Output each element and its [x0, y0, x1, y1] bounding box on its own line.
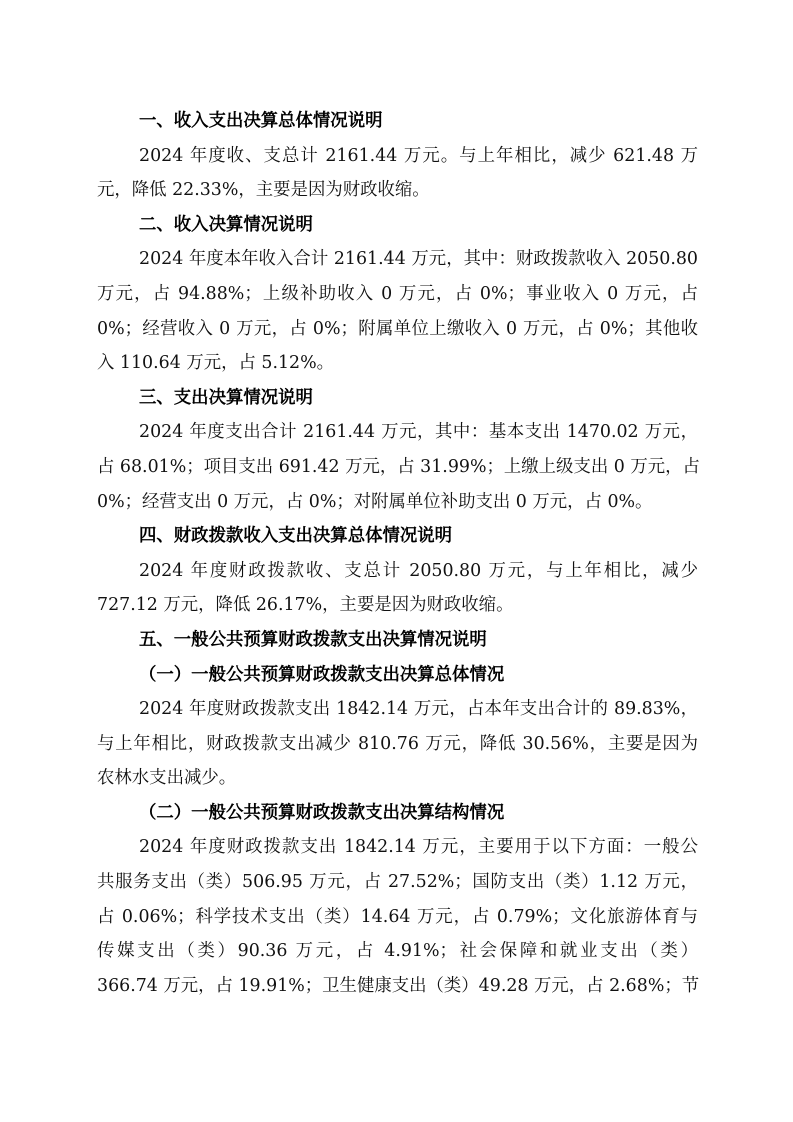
body-line: 共服务支出（类）506.95 万元，占 27.52%；国防支出（类）1.12 万…	[97, 865, 698, 900]
section-heading-4: 四、财政拨款收入支出决算总体情况说明	[97, 519, 698, 554]
section-heading-5: 五、一般公共预算财政拨款支出决算情况说明	[97, 623, 698, 658]
section-heading-2: 二、收入决算情况说明	[97, 208, 698, 243]
section-heading-1: 一、收入支出决算总体情况说明	[97, 104, 698, 139]
subsection-heading-5-1: （一）一般公共预算财政拨款支出决算总体情况	[97, 658, 698, 693]
section-body-1: 2024 年度收、支总计 2161.44 万元。与上年相比，减少 621.48 …	[97, 139, 698, 208]
section-heading-3: 三、支出决算情况说明	[97, 381, 698, 416]
body-line: 占 68.01%；项目支出 691.42 万元，占 31.99%；上缴上级支出 …	[97, 450, 698, 485]
body-line: 2024 年度财政拨款支出 1842.14 万元，占本年支出合计的 89.83%…	[97, 692, 698, 727]
body-line: 元，降低 22.33%，主要是因为财政收缩。	[97, 173, 698, 208]
body-line: 万元，占 94.88%；上级补助收入 0 万元，占 0%；事业收入 0 万元，占	[97, 277, 698, 312]
body-line: 传媒支出（类）90.36 万元，占 4.91%；社会保障和就业支出（类）	[97, 934, 698, 969]
document-page: 一、收入支出决算总体情况说明 2024 年度收、支总计 2161.44 万元。与…	[97, 104, 698, 1003]
body-line: 366.74 万元，占 19.91%；卫生健康支出（类）49.28 万元，占 2…	[97, 969, 698, 1004]
body-line: 2024 年度收、支总计 2161.44 万元。与上年相比，减少 621.48 …	[97, 139, 698, 174]
body-line: 2024 年度财政拨款支出 1842.14 万元，主要用于以下方面：一般公	[97, 830, 698, 865]
section-body-3: 2024 年度支出合计 2161.44 万元，其中：基本支出 1470.02 万…	[97, 415, 698, 519]
body-line: 2024 年度本年收入合计 2161.44 万元，其中：财政拨款收入 2050.…	[97, 242, 698, 277]
body-line: 0%；经营收入 0 万元，占 0%；附属单位上缴收入 0 万元，占 0%；其他收	[97, 312, 698, 347]
body-line: 与上年相比，财政拨款支出减少 810.76 万元，降低 30.56%，主要是因为	[97, 727, 698, 762]
subsection-body-5-2: 2024 年度财政拨款支出 1842.14 万元，主要用于以下方面：一般公 共服…	[97, 830, 698, 1003]
section-body-4: 2024 年度财政拨款收、支总计 2050.80 万元，与上年相比，减少 727…	[97, 554, 698, 623]
body-line: 占 0.06%；科学技术支出（类）14.64 万元，占 0.79%；文化旅游体育…	[97, 900, 698, 935]
body-line: 2024 年度支出合计 2161.44 万元，其中：基本支出 1470.02 万…	[97, 415, 698, 450]
body-line: 入 110.64 万元，占 5.12%。	[97, 346, 698, 381]
subsection-body-5-1: 2024 年度财政拨款支出 1842.14 万元，占本年支出合计的 89.83%…	[97, 692, 698, 796]
body-line: 0%；经营支出 0 万元，占 0%；对附属单位补助支出 0 万元，占 0%。	[97, 485, 698, 520]
subsection-heading-5-2: （二）一般公共预算财政拨款支出决算结构情况	[97, 796, 698, 831]
body-line: 2024 年度财政拨款收、支总计 2050.80 万元，与上年相比，减少	[97, 554, 698, 589]
body-line: 727.12 万元，降低 26.17%，主要是因为财政收缩。	[97, 588, 698, 623]
body-line: 农林水支出减少。	[97, 761, 698, 796]
section-body-2: 2024 年度本年收入合计 2161.44 万元，其中：财政拨款收入 2050.…	[97, 242, 698, 380]
